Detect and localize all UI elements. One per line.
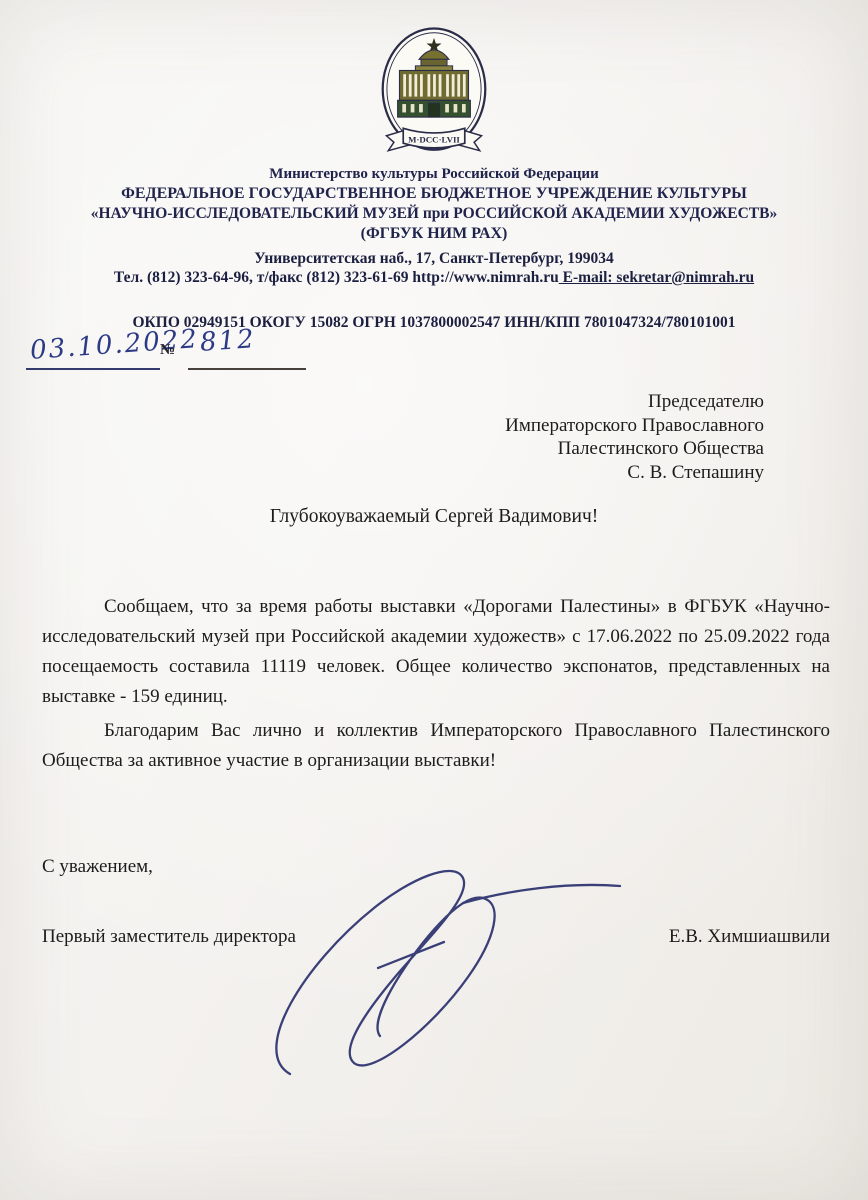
letter-page: M·DCC·LVII Министерство культуры Российс… <box>0 0 868 1200</box>
recipient-org-line2: Палестинского Общества <box>505 437 764 461</box>
emblem-wrap: M·DCC·LVII <box>0 0 868 162</box>
org-abbreviation: (ФГБУК НИМ РАХ) <box>0 224 868 243</box>
letterhead: M·DCC·LVII Министерство культуры Российс… <box>0 0 868 332</box>
org-name-line2: «НАУЧНО-ИССЛЕДОВАТЕЛЬСКИЙ МУЗЕЙ при РОСС… <box>0 204 868 224</box>
recipient-title: Председателю <box>505 390 764 414</box>
org-name-line1: ФЕДЕРАЛЬНОЕ ГОСУДАРСТВЕННОЕ БЮДЖЕТНОЕ УЧ… <box>0 184 868 204</box>
salutation: Глубокоуважаемый Сергей Вадимович! <box>0 506 868 528</box>
org-email: E-mail: sekretar@nimrah.ru <box>559 269 754 286</box>
number-sign: № <box>160 342 175 359</box>
org-contacts: Тел. (812) 323-64-96, т/факс (812) 323-6… <box>0 268 868 287</box>
emblem-ribbon-text: M·DCC·LVII <box>408 134 460 144</box>
academy-emblem-icon: M·DCC·LVII <box>364 22 504 160</box>
handwritten-number: 812 <box>199 324 257 358</box>
closing-regards: С уважением, <box>42 856 153 878</box>
body-paragraph-1: Сообщаем, что за время работы выставки «… <box>42 592 830 712</box>
number-underline <box>188 368 306 370</box>
recipient-name: С. В. Степашину <box>505 461 764 485</box>
ministry-line: Министерство культуры Российской Федерац… <box>0 165 868 184</box>
recipient-block: Председателю Императорского Православног… <box>505 390 764 484</box>
signer-name: Е.В. Химшиашвили <box>669 926 830 948</box>
org-phone-site: Тел. (812) 323-64-96, т/факс (812) 323-6… <box>114 269 559 286</box>
recipient-org-line1: Императорского Православного <box>505 414 764 438</box>
reference-line: 03.10.2022 № 812 <box>26 328 356 376</box>
org-address: Университетская наб., 17, Санкт-Петербур… <box>0 249 868 268</box>
signature-ink <box>232 846 622 1081</box>
body-paragraph-2: Благодарим Вас лично и коллектив Императ… <box>42 716 830 776</box>
date-underline <box>26 368 160 370</box>
